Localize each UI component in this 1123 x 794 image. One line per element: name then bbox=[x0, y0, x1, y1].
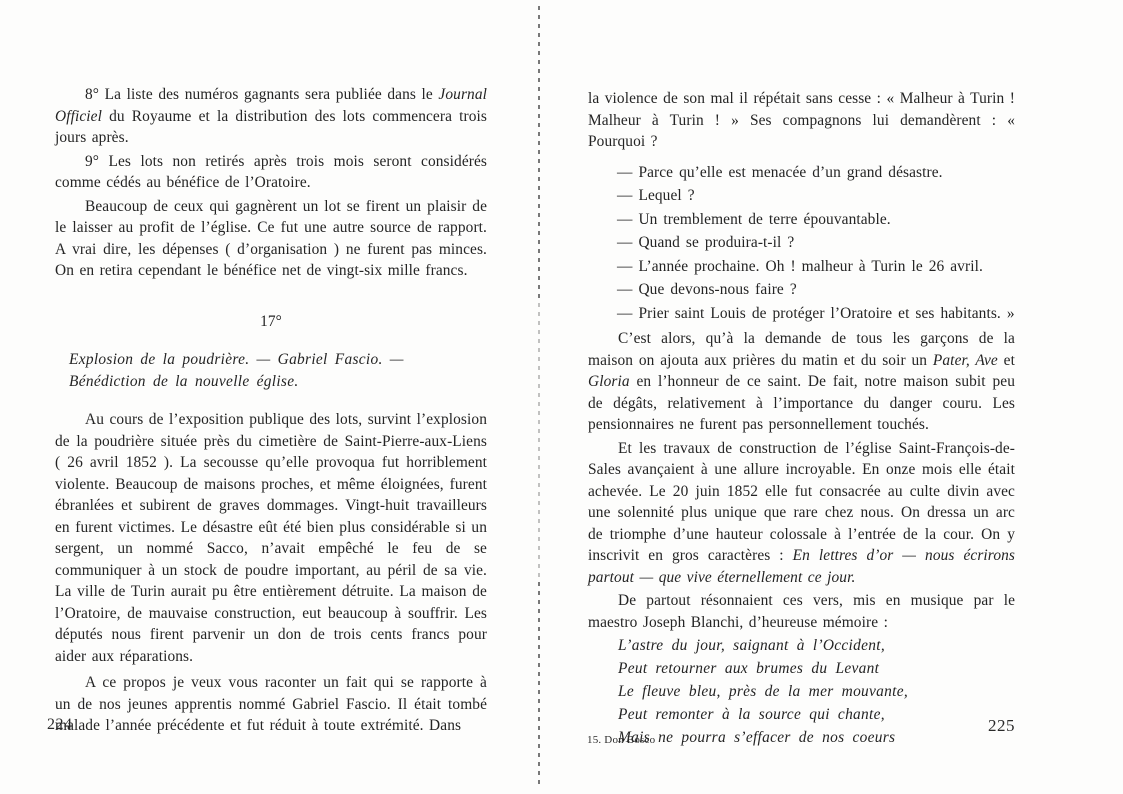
poem-line: Peut remonter à la source qui chante, bbox=[618, 704, 1015, 726]
section-title-line: Bénédiction de la nouvelle église. bbox=[69, 371, 447, 393]
book-scan: 8° La liste des numéros gagnants sera pu… bbox=[0, 0, 1123, 794]
left-page: 8° La liste des numéros gagnants sera pu… bbox=[55, 84, 487, 739]
section-title: Explosion de la poudrière. — Gabriel Fas… bbox=[55, 349, 487, 392]
page-number-right: 225 bbox=[988, 716, 1015, 736]
paragraph-prayers: C’est alors, qu’à la demande de tous les… bbox=[588, 328, 1015, 436]
dialogue-line: — L’année prochaine. Oh ! malheur à Turi… bbox=[588, 256, 1015, 278]
dialogue-line: — Lequel ? bbox=[588, 185, 1015, 207]
poem-line: L’astre du jour, saignant à l’Occident, bbox=[618, 635, 1015, 657]
paragraph-lottery-rule-8: 8° La liste des numéros gagnants sera pu… bbox=[55, 84, 487, 149]
paragraph-malheur-turin: la violence de son mal il répétait sans … bbox=[588, 88, 1015, 153]
dialogue-block: — Parce qu’elle est menacée d’un grand d… bbox=[588, 162, 1015, 325]
paragraph-lottery-rule-9: 9° Les lots non retirés après trois mois… bbox=[55, 151, 487, 194]
page-gutter-fade bbox=[536, 300, 542, 580]
poem-line: Mais ne pourra s’effacer de nos coeurs bbox=[618, 727, 1015, 749]
dialogue-line: — Que devons-nous faire ? bbox=[588, 279, 1015, 301]
section-title-line: Explosion de la poudrière. — Gabriel Fas… bbox=[69, 349, 447, 371]
paragraph-church-construction: Et les travaux de construction de l’égli… bbox=[588, 438, 1015, 589]
page-number-left: 224 bbox=[47, 716, 73, 734]
footnote: 15. Don Bosco bbox=[587, 734, 655, 746]
paragraph-gabriel-fascio: A ce propos je veux vous raconter un fai… bbox=[55, 672, 487, 737]
poem-block: L’astre du jour, saignant à l’Occident, … bbox=[588, 635, 1015, 749]
dialogue-line: — Prier saint Louis de protéger l’Oratoi… bbox=[588, 303, 1015, 325]
paragraph-explosion: Au cours de l’exposition publique des lo… bbox=[55, 409, 487, 667]
paragraph-verse-intro: De partout résonnaient ces vers, mis en … bbox=[588, 590, 1015, 633]
poem-line: Le fleuve bleu, près de la mer mouvante, bbox=[618, 681, 1015, 703]
poem-line: Peut retourner aux brumes du Levant bbox=[618, 658, 1015, 680]
paragraph-lottery-profit: Beaucoup de ceux qui gagnèrent un lot se… bbox=[55, 196, 487, 282]
dialogue-line: — Quand se produira-t-il ? bbox=[588, 232, 1015, 254]
dialogue-line: — Parce qu’elle est menacée d’un grand d… bbox=[588, 162, 1015, 184]
dialogue-line: — Un tremblement de terre épouvantable. bbox=[588, 209, 1015, 231]
right-page: la violence de son mal il répétait sans … bbox=[588, 88, 1015, 750]
section-number: 17° bbox=[55, 311, 487, 333]
